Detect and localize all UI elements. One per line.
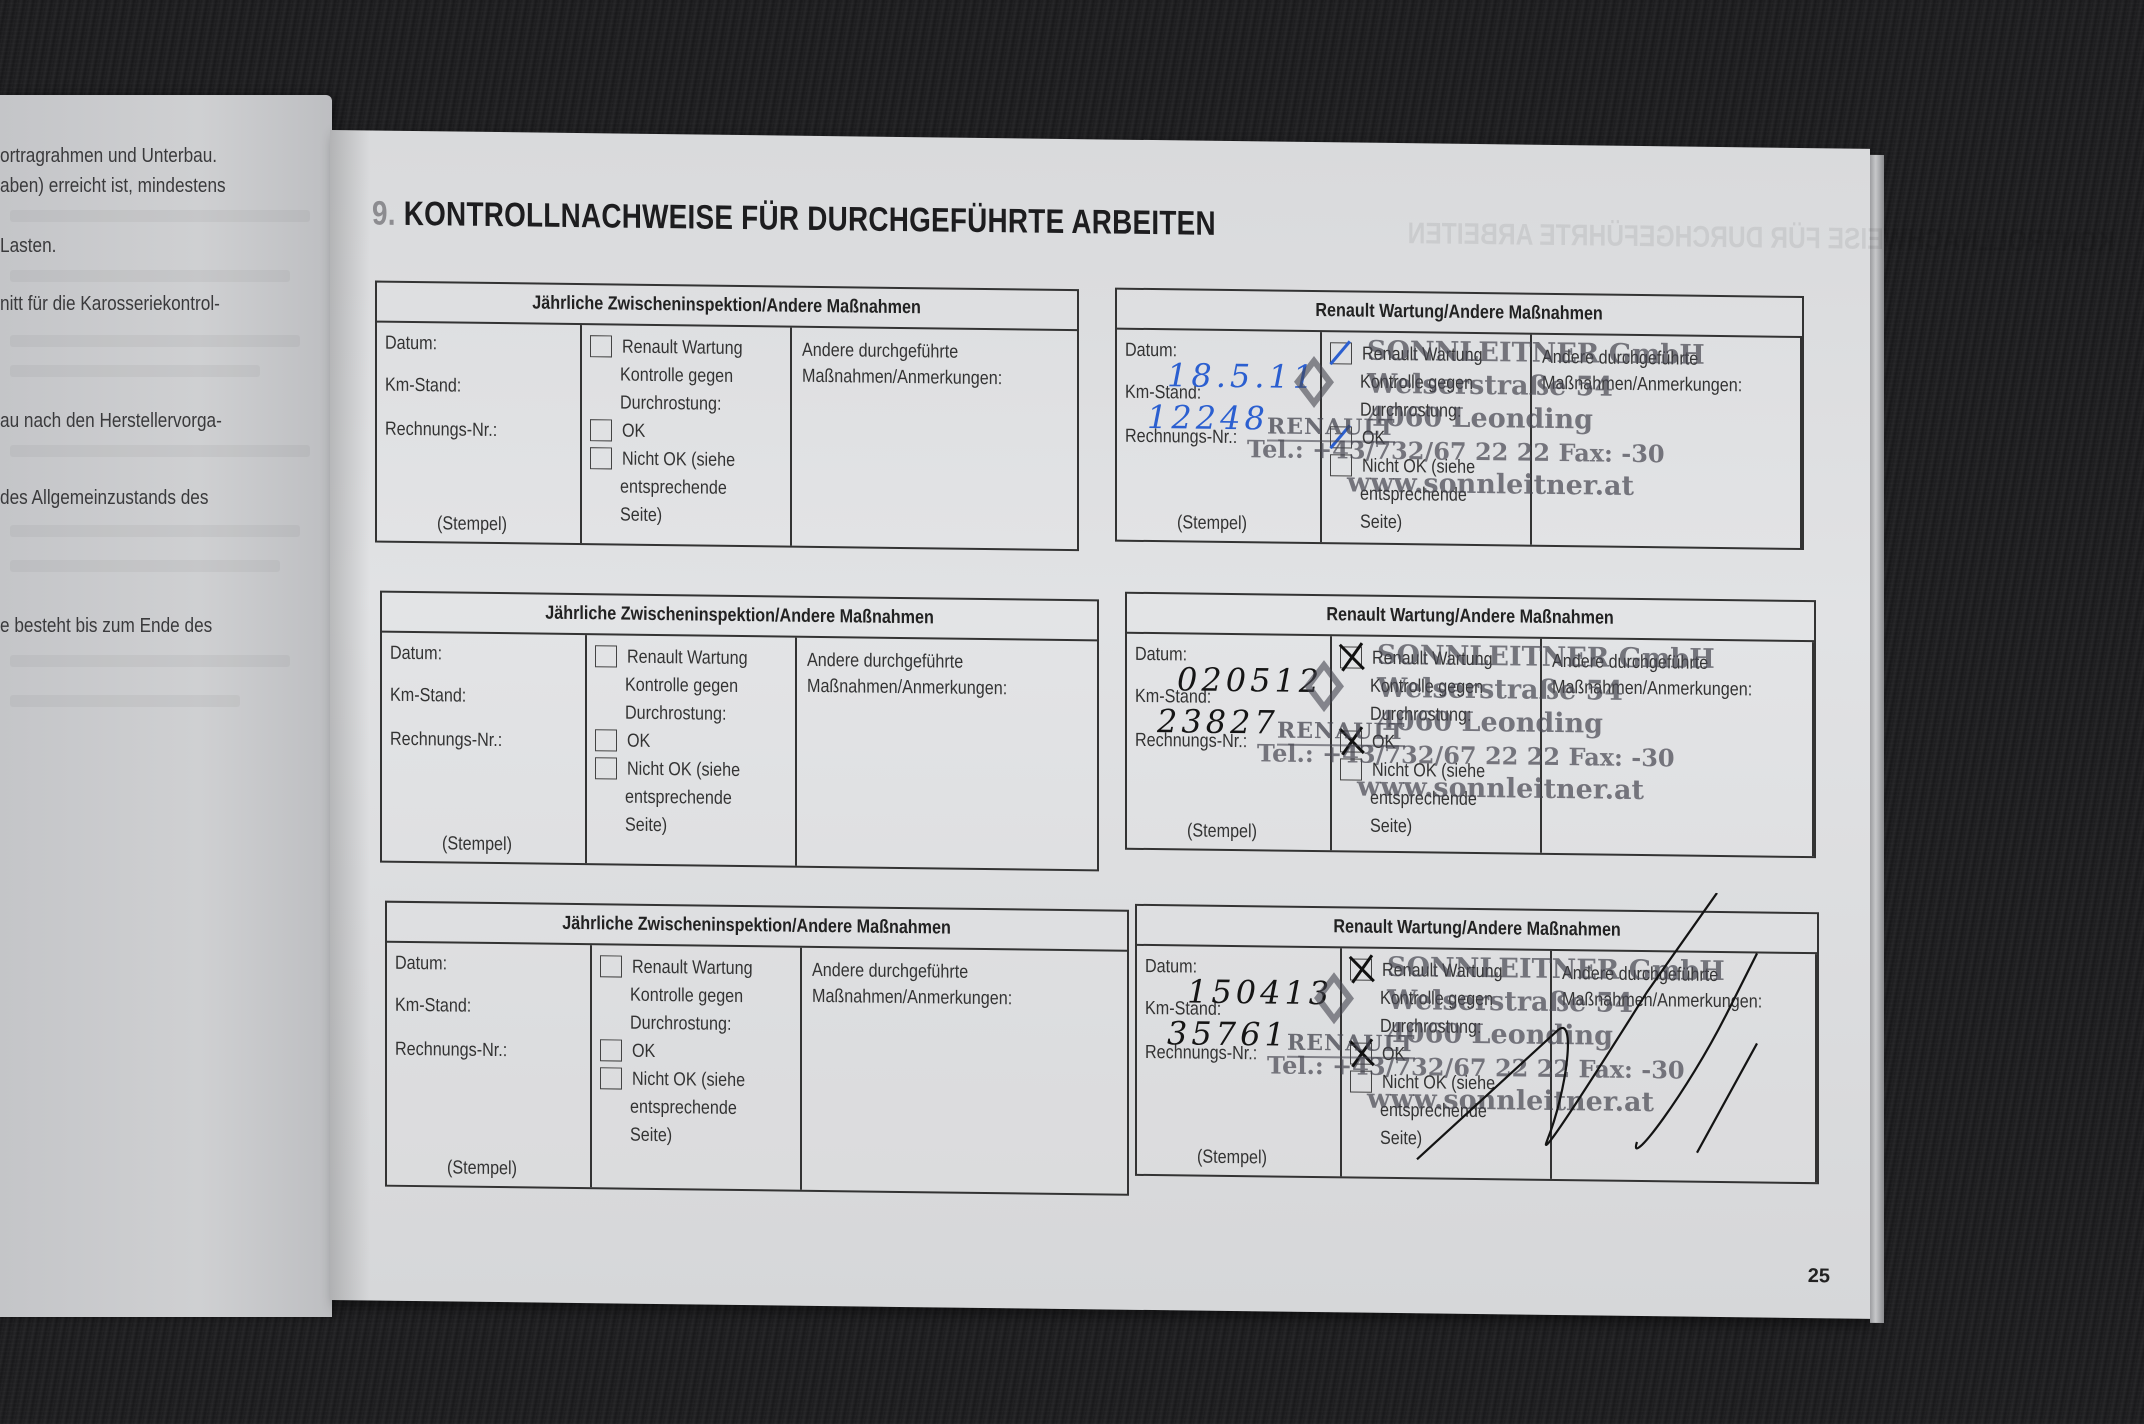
left-page-text-line: e besteht bis zum Ende des	[0, 615, 212, 638]
stempel-label: (Stempel)	[437, 513, 507, 536]
durchrostung-label: Durchrostung:	[630, 1010, 731, 1039]
seite-label: Seite)	[630, 1122, 672, 1151]
form-fields-column: Datum: Km-Stand: Rechnungs-Nr.: (Stempel…	[377, 323, 582, 544]
notes-label-line: Andere durchgeführte	[1542, 345, 1742, 373]
stempel-label: (Stempel)	[1197, 1147, 1267, 1170]
notes-label-line: Andere durchgeführte	[807, 648, 1007, 676]
form-fields-column: Datum: Km-Stand: Rechnungs-Nr.: (Stempel…	[387, 943, 592, 1188]
inspection-form: Jährliche Zwischeninspektion/Andere Maßn…	[380, 591, 1099, 872]
bleed-through-text	[10, 365, 260, 377]
renault-brand-stamp: RENAULT	[1267, 413, 1395, 443]
kontrolle-label: Kontrolle gegen	[1360, 369, 1473, 398]
section-number: 9.	[372, 195, 396, 233]
page-number: 25	[1808, 1265, 1830, 1288]
left-page-text-line: Lasten.	[0, 235, 56, 258]
form-checkbox-column: Renault Wartung Kontrolle gegen Durchros…	[592, 945, 802, 1190]
nicht-ok-option[interactable]: Nicht OK (siehe	[595, 755, 760, 785]
form-checkbox-column: Renault Wartung Kontrolle gegen Durchros…	[587, 635, 797, 866]
renault-wartung-checkbox[interactable]	[1350, 958, 1372, 980]
notes-label: Andere durchgeführte Maßnahmen/Anmerkung…	[802, 338, 1002, 392]
stempel-label: (Stempel)	[447, 1157, 517, 1180]
renault-wartung-option[interactable]: Renault Wartung	[590, 333, 764, 363]
form-fields-column: Datum: Km-Stand: Rechnungs-Nr.: (Stempel…	[1137, 946, 1342, 1177]
renault-wartung-option[interactable]: Renault Wartung	[1340, 644, 1514, 674]
entsprechende-label: entsprechende	[1360, 481, 1467, 510]
renault-wartung-option[interactable]: Renault Wartung	[1350, 956, 1524, 986]
datum-value[interactable]: 18.5.11	[1167, 356, 1317, 396]
seite-label: Seite)	[620, 502, 662, 531]
nicht-ok-checkbox[interactable]	[590, 447, 612, 469]
notes-label: Andere durchgeführte Maßnahmen/Anmerkung…	[1542, 345, 1742, 399]
right-page: 9. KONTROLLNACHWEISE FÜR DURCHGEFÜHRTE A…	[330, 130, 1870, 1319]
km-stand-value[interactable]: 35761	[1167, 1014, 1289, 1053]
form-notes-column[interactable]: Andere durchgeführte Maßnahmen/Anmerkung…	[1542, 639, 1814, 856]
form-notes-column[interactable]: Andere durchgeführte Maßnahmen/Anmerkung…	[797, 638, 1097, 870]
renault-wartung-checkbox[interactable]	[595, 645, 617, 667]
bleed-through-text	[10, 445, 310, 457]
rechnungs-nr-label: Rechnungs-Nr.:	[390, 729, 502, 752]
notes-label: Andere durchgeführte Maßnahmen/Anmerkung…	[812, 958, 1012, 1012]
left-page-text-line: des Allgemeinzustands des	[0, 487, 208, 510]
nicht-ok-option[interactable]: Nicht OK (siehe	[590, 445, 755, 475]
left-page-text-line: au nach den Herstellervorga-	[0, 410, 222, 433]
renault-wartung-checkbox[interactable]	[600, 955, 622, 977]
notes-label-line: Maßnahmen/Anmerkungen:	[812, 984, 1012, 1012]
rechnungs-nr-label: Rechnungs-Nr.:	[395, 1039, 507, 1062]
notes-label: Andere durchgeführte Maßnahmen/Anmerkung…	[807, 648, 1007, 702]
page-title: 9. KONTROLLNACHWEISE FÜR DURCHGEFÜHRTE A…	[372, 195, 1216, 244]
bleed-through-text	[10, 655, 290, 667]
form-checkbox-column: Renault Wartung Kontrolle gegen Durchros…	[582, 325, 792, 546]
left-page-text-line: ortragrahmen und Unterbau.	[0, 145, 217, 168]
kontrolle-label: Kontrolle gegen	[620, 362, 733, 391]
form-notes-column[interactable]: Andere durchgeführte Maßnahmen/Anmerkung…	[802, 948, 1127, 1194]
form-checkbox-column: Renault Wartung Kontrolle gegen Durchros…	[1342, 948, 1552, 1179]
spine-shadow	[330, 130, 370, 1300]
left-page-text-line: aben) erreicht ist, mindestens	[0, 175, 226, 198]
bleed-through-title: KONTROLLNACHWEISE FÜR DURCHGEFÜHRTE ARBE…	[1408, 217, 2115, 260]
seite-label: Seite)	[1370, 813, 1412, 842]
nicht-ok-label: Nicht OK (siehe	[632, 1066, 745, 1095]
nicht-ok-label: Nicht OK (siehe	[1382, 1069, 1495, 1098]
nicht-ok-checkbox[interactable]	[1340, 758, 1362, 780]
notes-label-line: Andere durchgeführte	[812, 958, 1012, 986]
form-fields-column: Datum: Km-Stand: Rechnungs-Nr.: (Stempel…	[382, 633, 587, 864]
form-body: Datum: Km-Stand: Rechnungs-Nr.: (Stempel…	[1127, 634, 1814, 856]
form-notes-column[interactable]: Andere durchgeführte Maßnahmen/Anmerkung…	[1532, 335, 1802, 548]
notes-label-line: Maßnahmen/Anmerkungen:	[807, 674, 1007, 702]
stempel-label: (Stempel)	[1177, 512, 1247, 535]
form-body: Datum: Km-Stand: Rechnungs-Nr.: (Stempel…	[377, 323, 1077, 550]
nicht-ok-label: Nicht OK (siehe	[1362, 453, 1475, 482]
seite-label: Seite)	[1360, 509, 1402, 538]
datum-label: Datum:	[390, 643, 442, 666]
bleed-through-text	[10, 695, 240, 707]
km-stand-value[interactable]: 12248	[1147, 398, 1269, 437]
nicht-ok-option[interactable]: Nicht OK (siehe	[600, 1065, 765, 1095]
stempel-label: (Stempel)	[442, 833, 512, 856]
form-body: Datum: Km-Stand: Rechnungs-Nr.: (Stempel…	[387, 943, 1127, 1194]
inspection-form: Renault Wartung/Andere Maßnahmen Datum: …	[1135, 904, 1819, 1184]
ok-checkbox[interactable]	[595, 729, 617, 751]
inspection-form: Jährliche Zwischeninspektion/Andere Maßn…	[375, 281, 1079, 552]
form-body: Datum: Km-Stand: Rechnungs-Nr.: (Stempel…	[382, 633, 1097, 870]
renault-brand-stamp: RENAULT	[1287, 1030, 1415, 1060]
notes-label-line: Maßnahmen/Anmerkungen:	[802, 364, 1002, 392]
entsprechende-label: entsprechende	[625, 784, 732, 813]
renault-wartung-option[interactable]: Renault Wartung	[600, 953, 774, 983]
ok-option[interactable]: OK	[600, 1037, 659, 1066]
bleed-through-text	[10, 210, 310, 222]
notes-label-line: Maßnahmen/Anmerkungen:	[1562, 987, 1762, 1015]
nicht-ok-label: Nicht OK (siehe	[622, 446, 735, 475]
durchrostung-label: Durchrostung:	[620, 390, 721, 419]
form-body: Datum: Km-Stand: Rechnungs-Nr.: (Stempel…	[1117, 330, 1802, 548]
stempel-label: (Stempel)	[1187, 820, 1257, 843]
left-page-text-line: nitt für die Karosseriekontrol-	[0, 293, 220, 316]
renault-brand-stamp: RENAULT	[1277, 718, 1405, 748]
form-notes-column[interactable]: Andere durchgeführte Maßnahmen/Anmerkung…	[1552, 951, 1817, 1182]
ok-option[interactable]: OK	[590, 417, 649, 446]
ok-checkbox[interactable]	[600, 1039, 622, 1061]
page-edge	[1870, 155, 1884, 1323]
datum-label: Datum:	[385, 333, 437, 356]
notes-label: Andere durchgeführte Maßnahmen/Anmerkung…	[1552, 649, 1752, 703]
datum-label: Datum:	[395, 953, 447, 976]
km-stand-label: Km-Stand:	[395, 995, 471, 1018]
inspection-form: Renault Wartung/Andere Maßnahmen Datum: …	[1115, 288, 1804, 550]
notes-label-line: Andere durchgeführte	[802, 338, 1002, 366]
ok-label: OK	[627, 728, 650, 756]
form-title: Renault Wartung/Andere Maßnahmen	[1333, 916, 1620, 942]
bleed-through-text	[10, 335, 300, 347]
renault-wartung-checkbox[interactable]	[1340, 646, 1362, 668]
section-title: KONTROLLNACHWEISE FÜR DURCHGEFÜHRTE ARBE…	[404, 195, 1216, 243]
left-page: ortragrahmen und Unterbau. aben) erreich…	[0, 95, 332, 1317]
form-title: Renault Wartung/Andere Maßnahmen	[1327, 604, 1614, 630]
nicht-ok-checkbox[interactable]	[1350, 1070, 1372, 1092]
renault-wartung-option[interactable]: Renault Wartung	[1330, 340, 1504, 370]
km-stand-label: Km-Stand:	[385, 375, 461, 398]
kontrolle-label: Kontrolle gegen	[630, 982, 743, 1011]
renault-wartung-label: Renault Wartung	[632, 954, 753, 983]
form-title: Jährliche Zwischeninspektion/Andere Maßn…	[545, 603, 934, 630]
renault-wartung-checkbox[interactable]	[590, 335, 612, 357]
bleed-through-text	[10, 560, 280, 572]
inspection-form: Renault Wartung/Andere Maßnahmen Datum: …	[1125, 592, 1816, 858]
seite-label: Seite)	[1380, 1125, 1422, 1154]
rechnungs-nr-label: Rechnungs-Nr.:	[385, 419, 497, 442]
renault-wartung-option[interactable]: Renault Wartung	[595, 643, 769, 673]
km-stand-label: Km-Stand:	[390, 685, 466, 708]
durchrostung-label: Durchrostung:	[625, 700, 726, 729]
notes-label-line: Maßnahmen/Anmerkungen:	[1542, 371, 1742, 399]
renault-wartung-label: Renault Wartung	[627, 644, 748, 673]
inspection-form: Jährliche Zwischeninspektion/Andere Maßn…	[385, 901, 1129, 1196]
nicht-ok-checkbox[interactable]	[1330, 454, 1352, 476]
ok-option[interactable]: OK	[595, 727, 654, 756]
entsprechende-label: entsprechende	[620, 474, 727, 503]
bleed-through-text	[10, 270, 290, 282]
form-title: Renault Wartung/Andere Maßnahmen	[1316, 300, 1603, 326]
renault-wartung-label: Renault Wartung	[1372, 645, 1493, 674]
form-notes-column[interactable]: Andere durchgeführte Maßnahmen/Anmerkung…	[792, 328, 1077, 549]
datum-value[interactable]: 150413	[1187, 972, 1333, 1012]
datum-value[interactable]: 020512	[1177, 660, 1323, 700]
entsprechende-label: entsprechende	[1370, 785, 1477, 814]
form-title: Jährliche Zwischeninspektion/Andere Maßn…	[533, 292, 922, 319]
nicht-ok-label: Nicht OK (siehe	[627, 756, 740, 785]
ok-label: OK	[632, 1038, 655, 1066]
nicht-ok-checkbox[interactable]	[600, 1067, 622, 1089]
nicht-ok-label: Nicht OK (siehe	[1372, 757, 1485, 786]
entsprechende-label: entsprechende	[1380, 1097, 1487, 1126]
form-title: Jährliche Zwischeninspektion/Andere Maßn…	[563, 913, 952, 940]
renault-wartung-label: Renault Wartung	[1362, 341, 1483, 370]
nicht-ok-option[interactable]: Nicht OK (siehe	[1330, 452, 1495, 482]
nicht-ok-checkbox[interactable]	[595, 757, 617, 779]
notes-label-line: Maßnahmen/Anmerkungen:	[1552, 675, 1752, 703]
kontrolle-label: Kontrolle gegen	[1370, 673, 1483, 702]
notes-label-line: Andere durchgeführte	[1552, 649, 1752, 677]
seite-label: Seite)	[625, 812, 667, 841]
kontrolle-label: Kontrolle gegen	[625, 672, 738, 701]
notes-label-line: Andere durchgeführte	[1562, 961, 1762, 989]
notes-label: Andere durchgeführte Maßnahmen/Anmerkung…	[1562, 961, 1762, 1015]
ok-label: OK	[622, 418, 645, 446]
kontrolle-label: Kontrolle gegen	[1380, 985, 1493, 1014]
ok-checkbox[interactable]	[590, 419, 612, 441]
renault-wartung-label: Renault Wartung	[622, 334, 743, 363]
renault-wartung-label: Renault Wartung	[1382, 957, 1503, 986]
form-body: Datum: Km-Stand: Rechnungs-Nr.: (Stempel…	[1137, 946, 1817, 1182]
bleed-through-text	[10, 525, 300, 537]
nicht-ok-option[interactable]: Nicht OK (siehe	[1350, 1068, 1515, 1098]
entsprechende-label: entsprechende	[630, 1094, 737, 1123]
nicht-ok-option[interactable]: Nicht OK (siehe	[1340, 756, 1505, 786]
km-stand-value[interactable]: 23827	[1157, 702, 1279, 741]
renault-wartung-checkbox[interactable]	[1330, 342, 1352, 364]
